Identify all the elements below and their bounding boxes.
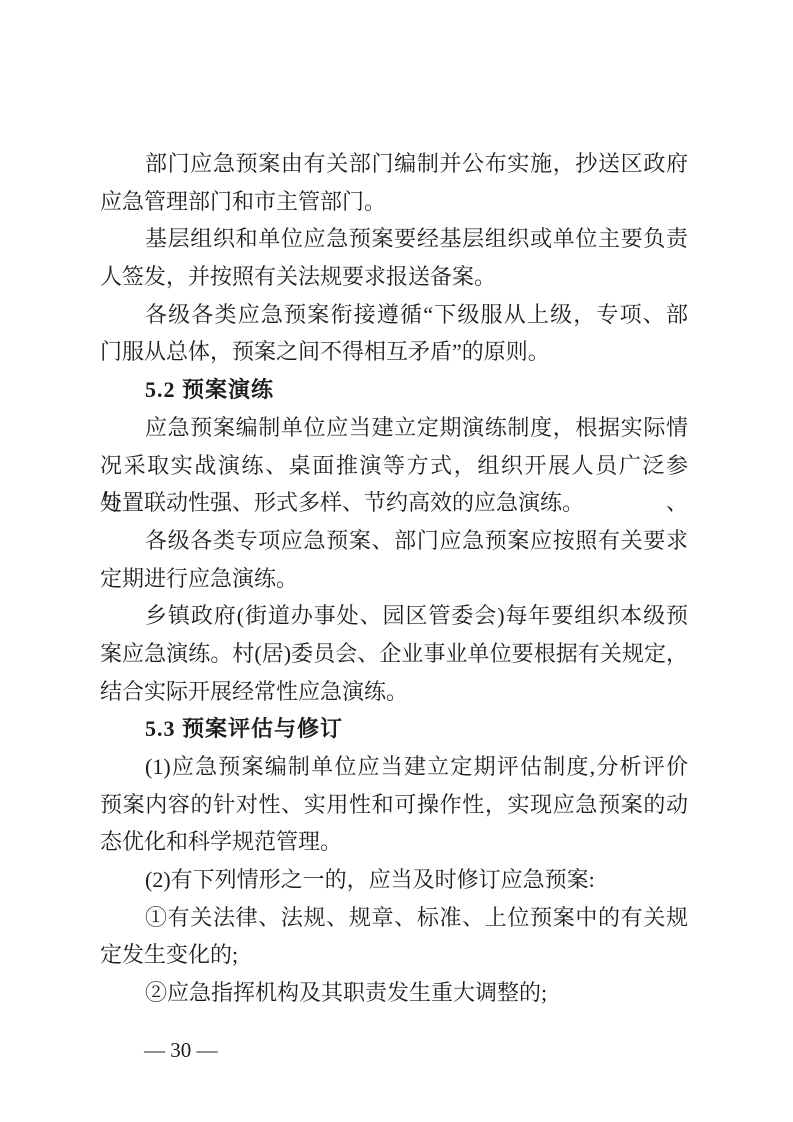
- text-line: 部门应急预案由有关部门编制并公布实施，抄送区政府: [100, 145, 688, 183]
- text-line: 预案内容的针对性、实用性和可操作性，实现应急预案的动: [100, 786, 688, 824]
- text-line: 定期进行应急演练。: [100, 560, 688, 598]
- section-heading: 5.3 预案评估与修订: [100, 710, 688, 748]
- text-line: 案应急演练。村(居)委员会、企业事业单位要根据有关规定，: [100, 635, 688, 673]
- page-footer: — 30 —: [123, 1019, 218, 1082]
- text-line: 况采取实战演练、桌面推演等方式，组织开展人员广泛参与、: [100, 447, 688, 485]
- text-line: 乡镇政府(街道办事处、园区管委会)每年要组织本级预: [100, 597, 688, 635]
- section-heading: 5.2 预案演练: [100, 371, 688, 409]
- text-line: ②应急指挥机构及其职责发生重大调整的;: [100, 974, 688, 1012]
- text-line: 定发生变化的;: [100, 936, 688, 974]
- text-line: 各级各类专项应急预案、部门应急预案应按照有关要求: [100, 522, 688, 560]
- text-line: 门服从总体，预案之间不得相互矛盾”的原则。: [100, 333, 688, 371]
- text-line: (1)应急预案编制单位应当建立定期评估制度,分析评价: [100, 748, 688, 786]
- text-line: ①有关法律、法规、规章、标准、上位预案中的有关规: [100, 899, 688, 937]
- document-content: 部门应急预案由有关部门编制并公布实施，抄送区政府应急管理部门和市主管部门。基层组…: [100, 145, 688, 1012]
- document-page: 部门应急预案由有关部门编制并公布实施，抄送区政府应急管理部门和市主管部门。基层组…: [0, 0, 793, 1122]
- text-line: 应急预案编制单位应当建立定期演练制度，根据实际情: [100, 409, 688, 447]
- text-line: 各级各类应急预案衔接遵循“下级服从上级，专项、部: [100, 296, 688, 334]
- text-line: 态优化和科学规范管理。: [100, 823, 688, 861]
- text-line: 人签发，并按照有关法规要求报送备案。: [100, 258, 688, 296]
- page-number: — 30 —: [144, 1038, 218, 1062]
- text-line: 应急管理部门和市主管部门。: [100, 183, 688, 221]
- text-line: 结合实际开展经常性应急演练。: [100, 673, 688, 711]
- text-line: 基层组织和单位应急预案要经基层组织或单位主要负责: [100, 220, 688, 258]
- text-line: (2)有下列情形之一的，应当及时修订应急预案:: [100, 861, 688, 899]
